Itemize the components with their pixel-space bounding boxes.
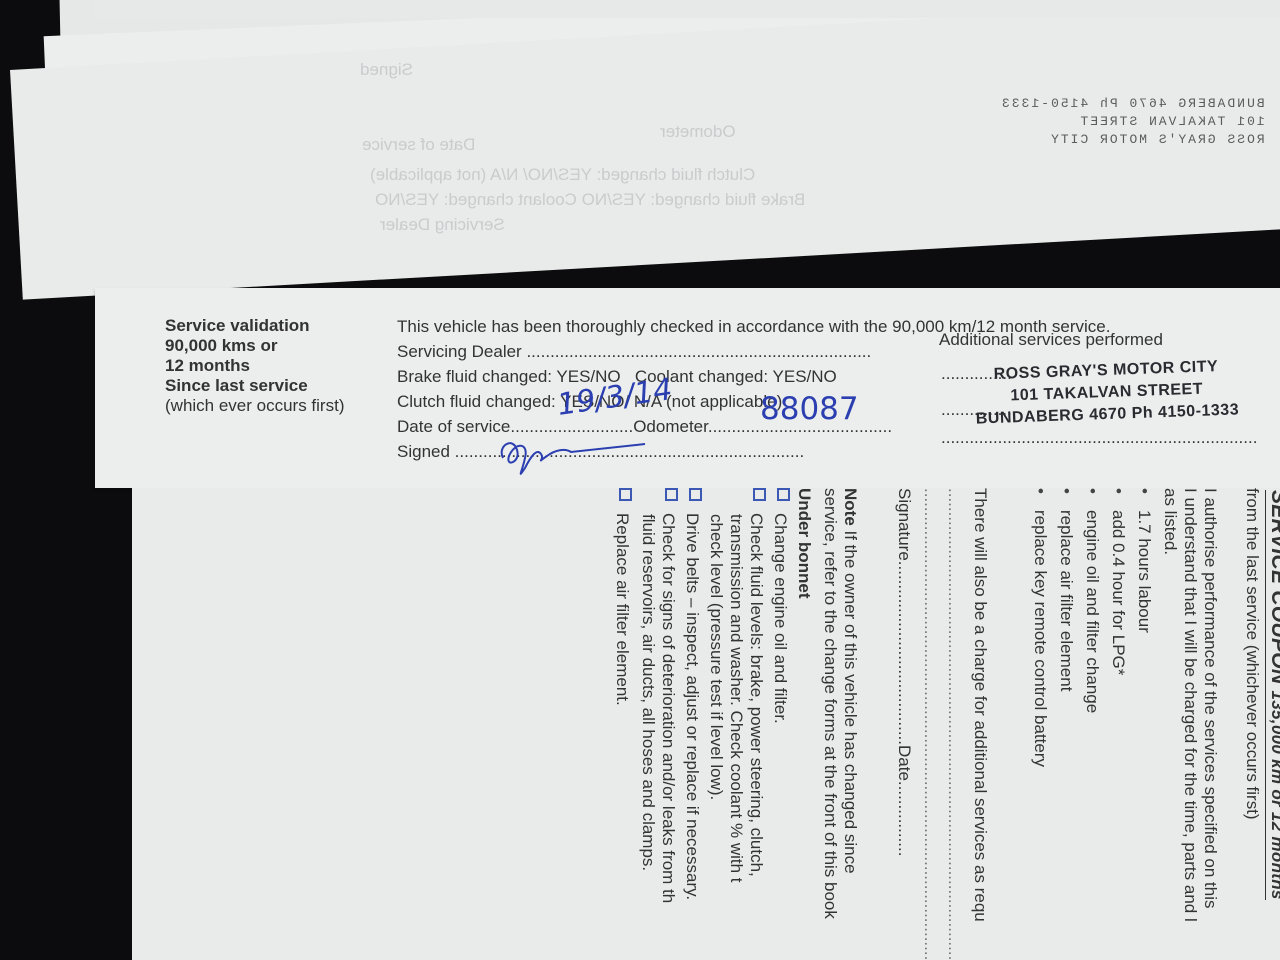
stamp-bleed-through: BUNDABERG 4670 Ph 4150-1333 101 TAKALVAN… xyxy=(1000,95,1265,149)
signature-date-row[interactable]: Signature...............................… xyxy=(894,488,914,856)
coupon-title: SERVICE COUPON 135,000 km or 12 months xyxy=(1265,490,1280,900)
authorise-line: as listed. xyxy=(1160,488,1180,555)
owner-change-note: service, refer to the change forms at th… xyxy=(820,488,840,919)
checkbox[interactable] xyxy=(665,488,678,501)
handwritten-signature xyxy=(495,428,655,483)
checkbox[interactable] xyxy=(777,488,790,501)
checklist-item[interactable]: Change engine oil and filter. xyxy=(770,488,790,724)
checklist-item[interactable]: Drive belts – inspect, adjust or replace… xyxy=(682,488,702,900)
ghost-text: Odometer xyxy=(660,122,736,142)
authorise-line: I understand that I will be charged for … xyxy=(1180,488,1200,922)
service-bullet: 1.7 hours labour xyxy=(1134,488,1154,633)
checklist-item-text: transmission and washer. Check coolant %… xyxy=(726,514,746,883)
handwritten-odometer: 88087 xyxy=(760,391,859,427)
ghost-text: Clutch fluid changed: YES/NO/ N/A (not a… xyxy=(370,165,755,185)
checklist-item[interactable]: Check for signs of deterioration and/or … xyxy=(658,488,678,903)
service-validation-panel: Service validation 90,000 kms or 12 mont… xyxy=(95,288,1280,488)
checkbox[interactable] xyxy=(689,488,702,501)
checklist-item[interactable]: Check fluid levels: brake, power steerin… xyxy=(746,488,766,877)
validation-label: Service validation 90,000 kms or 12 mont… xyxy=(165,316,344,416)
checkbox[interactable] xyxy=(619,488,632,501)
additional-service-line[interactable]: ........................................… xyxy=(941,428,1257,448)
dealer-stamp: ROSS GRAY'S MOTOR CITY 101 TAKALVAN STRE… xyxy=(974,355,1240,430)
additional-line[interactable]: ........................................… xyxy=(944,488,964,960)
ghost-text: Brake fluid changed: YES/NO Coolant chan… xyxy=(375,190,805,210)
service-bullet: engine oil and filter change xyxy=(1082,488,1102,713)
top-page-edge xyxy=(95,0,1280,18)
checklist-item[interactable]: Replace air filter element. xyxy=(612,488,632,706)
checkbox[interactable] xyxy=(753,488,766,501)
checklist-item-text: check level (pressure test if level low)… xyxy=(706,514,726,800)
section-title: Under bonnet xyxy=(794,488,814,599)
additional-line[interactable]: ........................................… xyxy=(920,488,940,960)
authorise-line: I authorise performance of the services … xyxy=(1200,488,1220,909)
service-coupon: SERVICE COUPON 135,000 km or 12 months f… xyxy=(132,488,1280,958)
ghost-text: Servicing Dealer xyxy=(380,215,505,235)
service-bullet: replace key remote control battery xyxy=(1030,488,1050,767)
checklist-item-text: fluid reservoirs, air ducts, all hoses a… xyxy=(638,514,658,871)
ghost-text: Date of service xyxy=(362,135,475,155)
service-bullet: add 0.4 hour for LPG* xyxy=(1108,488,1128,675)
additional-charge-note: There will also be a charge for addition… xyxy=(970,488,990,922)
additional-services-title: Additional services performed xyxy=(939,330,1163,350)
owner-change-note: Note If the owner of this vehicle has ch… xyxy=(840,488,860,874)
service-coupon-page: SERVICE COUPON 135,000 km or 12 months f… xyxy=(132,488,1280,960)
service-bullet: replace air filter element xyxy=(1056,488,1076,691)
coupon-subtitle: from the last service (whichever occurs … xyxy=(1242,488,1262,820)
ghost-text: Signed xyxy=(360,60,413,80)
